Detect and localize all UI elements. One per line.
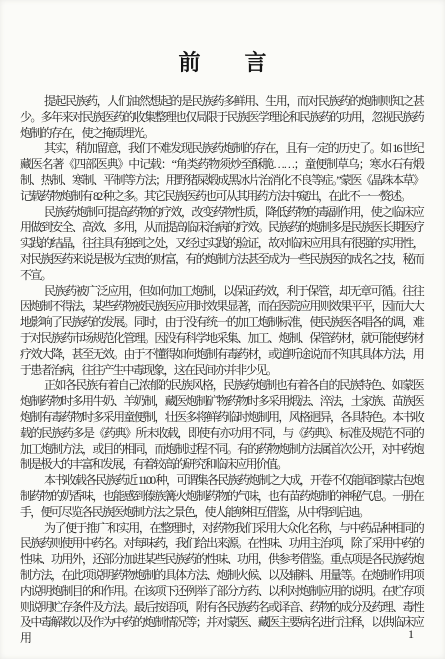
paragraph: 本书收载各民族药近 1100 种，可谓集各民族药炮制之大成，开卷不仅能闻到蒙古包…: [20, 473, 423, 520]
paragraph: 民族药被广泛应用，但如何加工炮制，以保证药效，利于保管，却无章可循。往往因炮制不…: [20, 284, 423, 379]
page-title: 前 言: [0, 46, 445, 77]
paragraph: 为了便于推广和实用，在整理时，对药物我们采用大众化名称，与中药品种相同的民族药则…: [20, 521, 423, 647]
page-number: 1: [408, 627, 414, 642]
document-page: 前 言 提起民族药，人们油然想起的是民族药多鲜用、生用，而对民族药的炮制则知之甚…: [0, 0, 445, 659]
paragraph: 正如各民族有着自己浓郁的民族风格，民族药炮制也有着各自的民族特色、如蒙医炮制药物…: [20, 378, 423, 473]
paragraph: 其实，稍加留意，我们不难发现民族药炮制的存在，且有一定的历史了。如 16 世纪藏…: [20, 141, 423, 204]
paragraph: 民族药炮制可提高药物的疗效，改变药物性质，降低药物的毒副作用，使之临床应用做到安…: [20, 205, 423, 284]
paragraph: 提起民族药，人们油然想起的是民族药多鲜用、生用，而对民族药的炮制则知之甚少。多年…: [20, 94, 423, 141]
preface-body: 提起民族药，人们油然想起的是民族药多鲜用、生用，而对民族药的炮制则知之甚少。多年…: [20, 94, 423, 647]
